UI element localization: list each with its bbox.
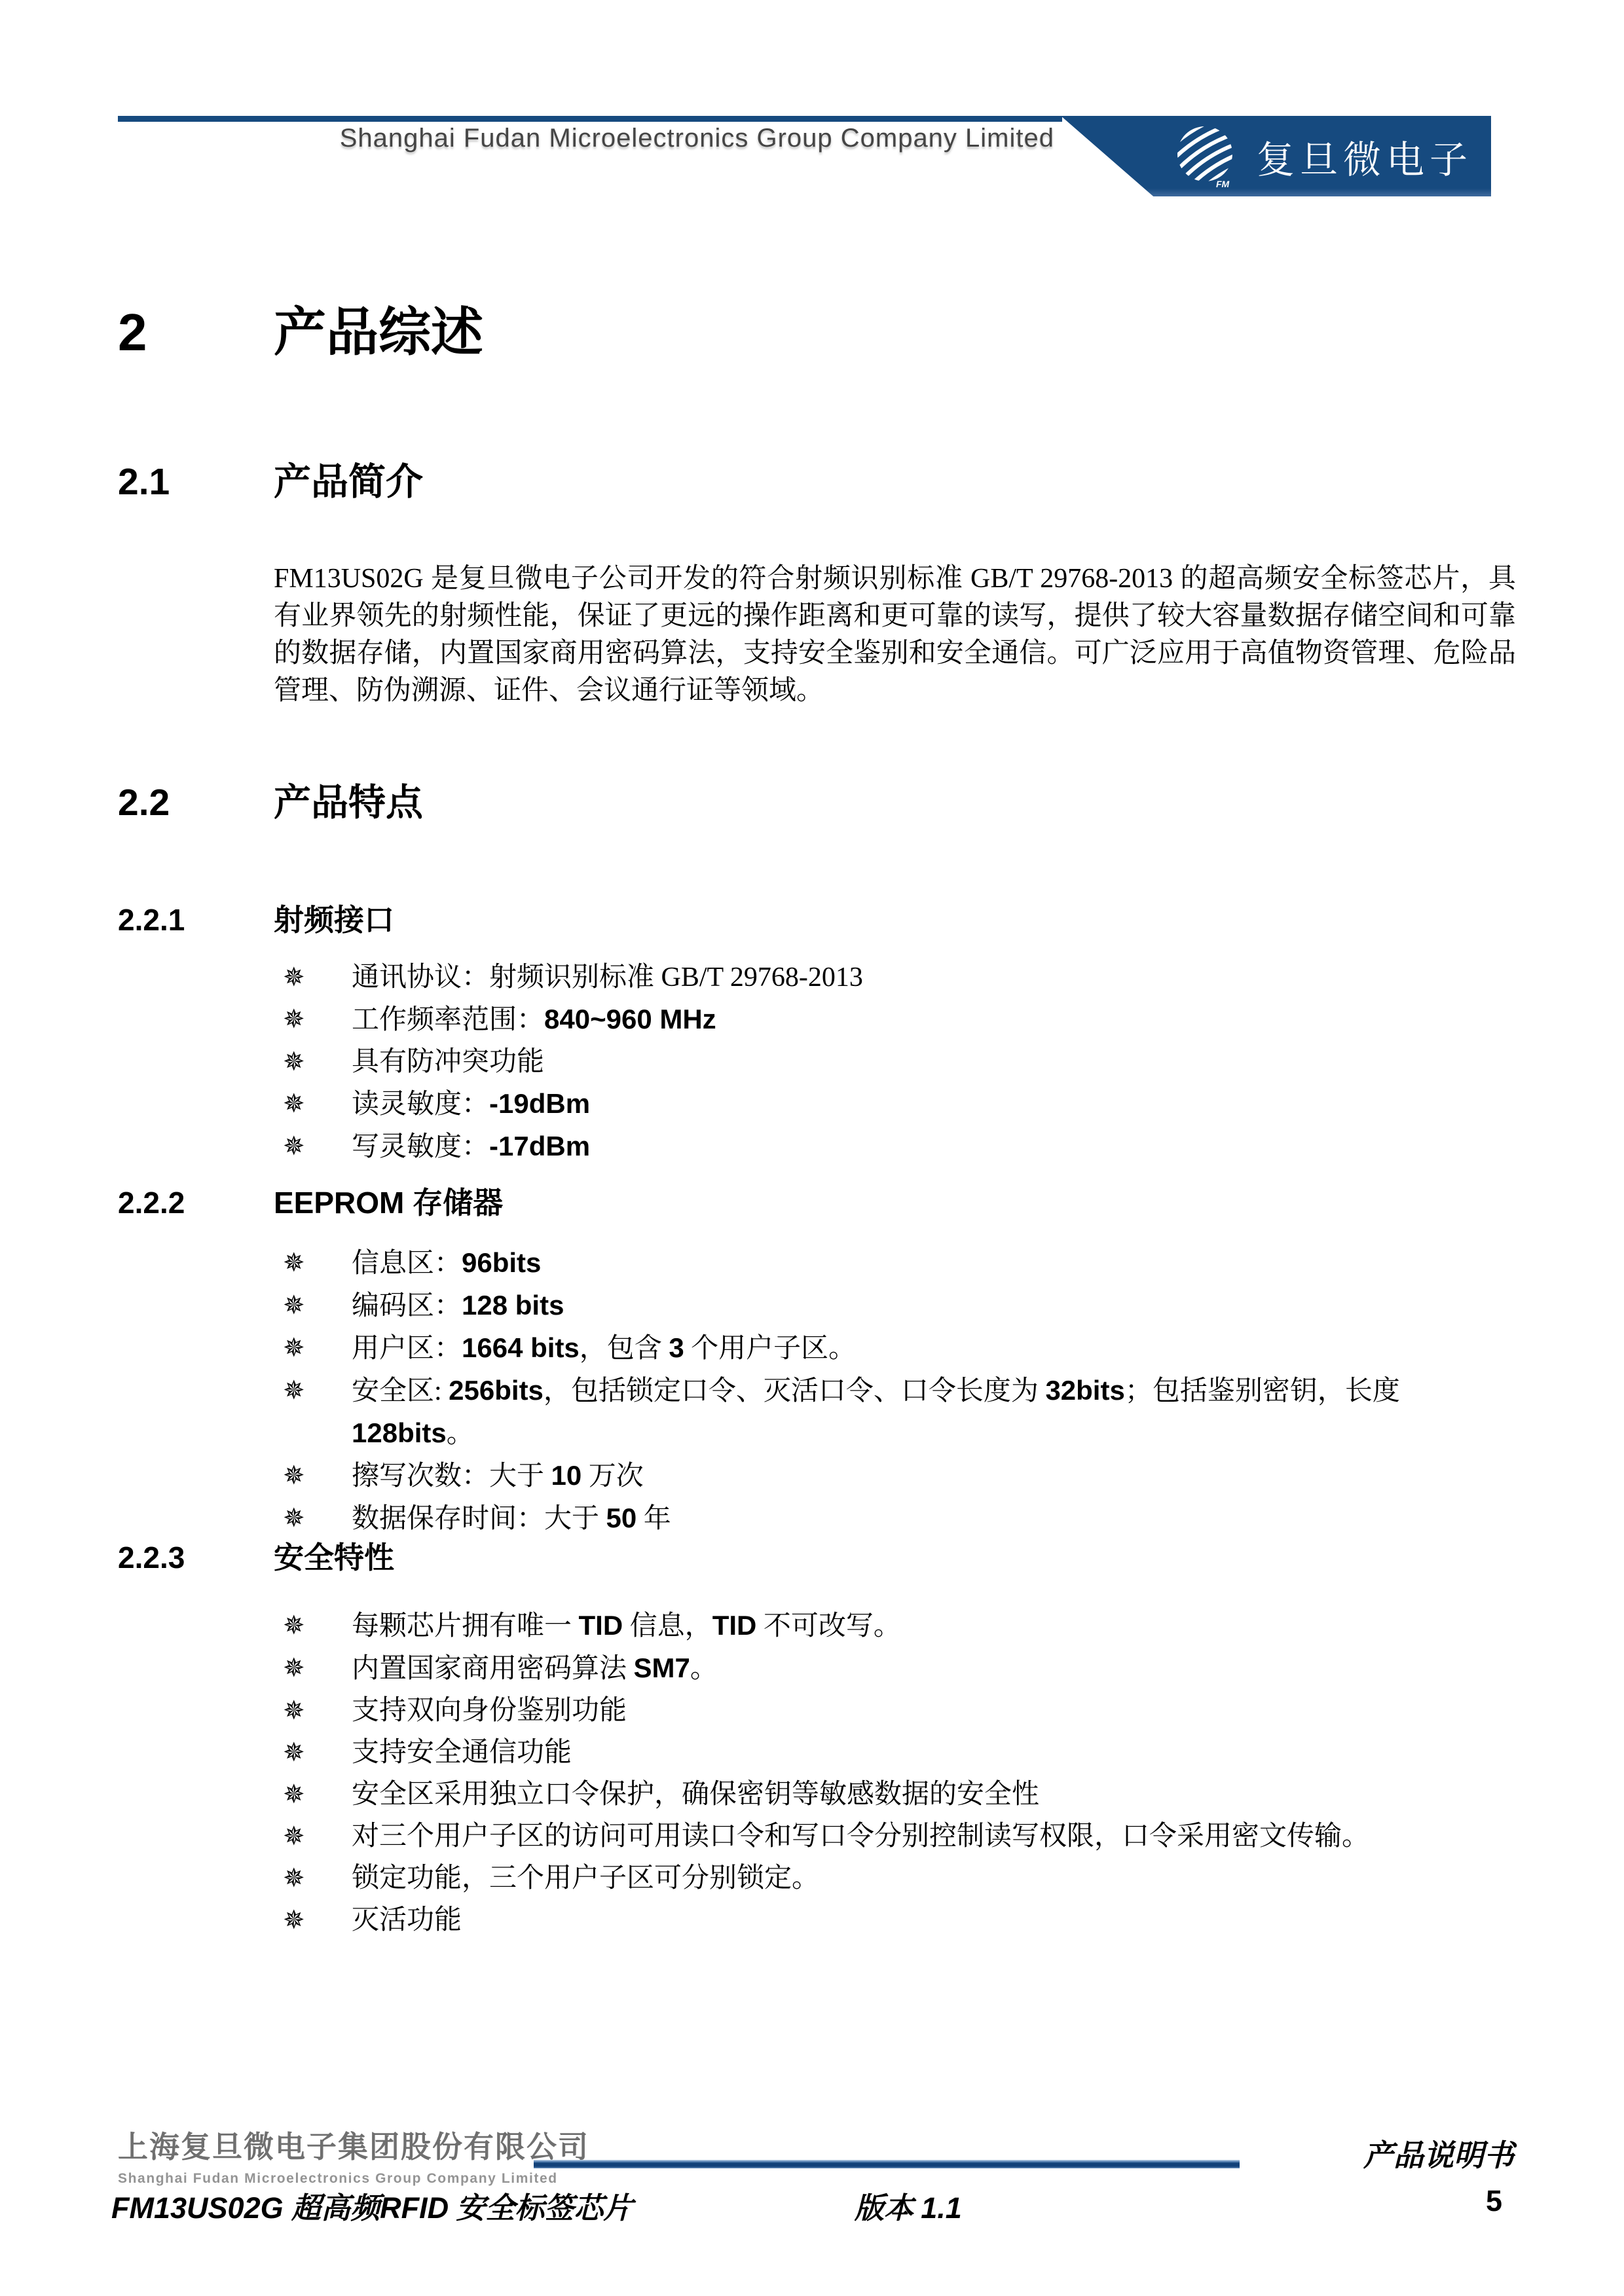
section-heading-2-2: 2.2 产品特点 [118, 710, 1515, 825]
text-segment: 96bits [462, 1247, 541, 1278]
list-item: ✵安全区采用独立口令保护，确保密钥等敏感数据的安全性 [118, 1774, 1515, 1815]
heading-number: 2.1 [118, 460, 274, 504]
heading-title: 安全特性 [274, 1540, 394, 1576]
text-segment: 1664 bits [462, 1332, 580, 1363]
heading-title: 产品简介 [274, 460, 423, 504]
text-segment: 支持双向身份鉴别功能 [352, 1696, 627, 1726]
list-item-text: 锁定功能，三个用户子区可分别锁定。 [352, 1857, 1515, 1899]
heading-title: 产品特点 [274, 780, 423, 825]
list-item: ✵安全区: 256bits，包括锁定口令、灭活口令、口令长度为 32bits；包… [118, 1370, 1515, 1455]
list-item: ✵对三个用户子区的访问可用读口令和写口令分别控制读写权限，口令采用密文传输。 [118, 1815, 1515, 1857]
footer-page-number: 5 [1486, 2184, 1502, 2218]
text-segment: 读灵敏度： [352, 1089, 489, 1120]
text-segment: 。 [690, 1654, 718, 1684]
heading-title: 射频接口 [274, 902, 394, 938]
star-bullet-icon: ✵ [283, 998, 352, 1040]
section-heading-2: 2 产品综述 [118, 302, 1515, 363]
list-item-text: 内置国家商用密码算法 SM7。 [352, 1647, 1515, 1690]
list-item: ✵写灵敏度：-17dBm [118, 1125, 1515, 1168]
header-company-name: Shanghai Fudan Microelectronics Group Co… [118, 124, 1054, 153]
list-item: ✵用户区：1664 bits，包含 3 个用户子区。 [118, 1327, 1515, 1370]
text-segment: 具有防冲突功能 [352, 1047, 544, 1077]
text-segment: -19dBm [489, 1088, 590, 1119]
section-heading-2-2-2: 2.2.2 EEPROM 存储器 [118, 1168, 1515, 1221]
star-bullet-icon: ✵ [283, 1285, 352, 1326]
star-bullet-icon: ✵ [283, 1125, 352, 1167]
star-bullet-icon: ✵ [283, 1083, 352, 1125]
fm-logo-block: FM 复旦微电子 [1061, 116, 1491, 196]
text-segment: 超高频 [291, 2192, 380, 2225]
list-item: ✵信息区：96bits [118, 1242, 1515, 1285]
star-bullet-icon: ✵ [283, 1732, 352, 1774]
list-item-text: 对三个用户子区的访问可用读口令和写口令分别控制读写权限，口令采用密文传输。 [352, 1815, 1515, 1857]
text-segment: RFID [380, 2191, 449, 2225]
list-item-text: 数据保存时间：大于 50 年 [352, 1497, 1515, 1540]
heading-number: 2 [118, 302, 274, 363]
text-segment: 年 [637, 1504, 671, 1534]
bullet-list-security: ✵每颗芯片拥有唯一 TID 信息，TID 不可改写。✵内置国家商用密码算法 SM… [118, 1576, 1515, 1941]
text-segment: 支持安全通信功能 [352, 1738, 572, 1768]
text-segment: 256bits [449, 1375, 544, 1406]
star-bullet-icon: ✵ [283, 1647, 352, 1689]
star-bullet-icon: ✵ [283, 1242, 352, 1284]
fm-logo-initials: FM [1216, 179, 1230, 189]
heading-title: 产品综述 [274, 302, 483, 363]
list-item: ✵内置国家商用密码算法 SM7。 [118, 1647, 1515, 1690]
text-segment: FM13US02G [111, 2191, 291, 2225]
text-segment: ，包含 [580, 1334, 669, 1364]
header-divider-line [118, 116, 1062, 122]
star-bullet-icon: ✵ [283, 1690, 352, 1732]
document-content: 2 产品综述 2.1 产品简介 FM13US02G 是复旦微电子公司开发的符合射… [118, 302, 1515, 1941]
text-segment: 用户区： [352, 1334, 462, 1364]
list-item: ✵擦写次数：大于 10 万次 [118, 1455, 1515, 1497]
heading-number: 2.2.2 [118, 1185, 274, 1221]
text-segment: 编码区： [352, 1291, 462, 1321]
footer-divider-line [534, 2160, 1240, 2168]
footer-version: 版本 1.1 [855, 2184, 962, 2227]
text-segment: 个用户子区。 [684, 1334, 857, 1364]
list-item: ✵工作频率范围：840~960 MHz [118, 998, 1515, 1041]
list-item: ✵数据保存时间：大于 50 年 [118, 1497, 1515, 1540]
text-segment: 10 [551, 1460, 582, 1491]
list-item: ✵每颗芯片拥有唯一 TID 信息，TID 不可改写。 [118, 1605, 1515, 1647]
text-segment: 50 [606, 1503, 637, 1533]
star-bullet-icon: ✵ [283, 957, 352, 998]
text-segment: 安全区采用独立口令保护，确保密钥等敏感数据的安全性 [352, 1779, 1039, 1810]
text-segment: 通讯协议：射频识别标准 GB/T 29768-2013 [352, 962, 863, 993]
heading-number: 2.2 [118, 780, 274, 825]
list-item-text: 支持双向身份鉴别功能 [352, 1690, 1515, 1732]
star-bullet-icon: ✵ [283, 1815, 352, 1857]
star-bullet-icon: ✵ [283, 1041, 352, 1083]
list-item-text: 每颗芯片拥有唯一 TID 信息，TID 不可改写。 [352, 1605, 1515, 1647]
text-segment: 。 [447, 1419, 474, 1449]
bullet-list-rf-interface: ✵通讯协议：射频识别标准 GB/T 29768-2013✵工作频率范围：840~… [118, 938, 1515, 1168]
heading-number: 2.2.1 [118, 902, 274, 938]
list-item-text: 灭活功能 [352, 1899, 1515, 1941]
bullet-list-eeprom: ✵信息区：96bits✵编码区：128 bits✵用户区：1664 bits，包… [118, 1221, 1515, 1540]
text-segment: 版本 [855, 2192, 921, 2225]
footer-doc-type: 产品说明书 [1363, 2132, 1514, 2175]
text-segment: 840~960 MHz [544, 1004, 716, 1034]
list-item-text: 安全区: 256bits，包括锁定口令、灭活口令、口令长度为 32bits；包括… [352, 1370, 1515, 1455]
footer-company-name-cn: 上海复旦微电子集团股份有限公司 [118, 2123, 589, 2166]
list-item: ✵支持安全通信功能 [118, 1732, 1515, 1774]
star-bullet-icon: ✵ [283, 1455, 352, 1497]
text-segment: 内置国家商用密码算法 [352, 1654, 634, 1684]
list-item-text: 信息区：96bits [352, 1242, 1515, 1285]
list-item: ✵灭活功能 [118, 1899, 1515, 1941]
list-item-text: 具有防冲突功能 [352, 1041, 1515, 1083]
list-item: ✵支持双向身份鉴别功能 [118, 1690, 1515, 1732]
list-item-text: 支持安全通信功能 [352, 1732, 1515, 1774]
text-segment: 数据保存时间：大于 [352, 1504, 606, 1534]
star-bullet-icon: ✵ [283, 1774, 352, 1815]
section-heading-2-1: 2.1 产品简介 [118, 363, 1515, 504]
text-segment: 灭活功能 [352, 1905, 462, 1935]
list-item-text: 安全区采用独立口令保护，确保密钥等敏感数据的安全性 [352, 1774, 1515, 1815]
text-segment: 128 bits [462, 1290, 564, 1321]
list-item: ✵编码区：128 bits [118, 1285, 1515, 1327]
text-segment: ，包括锁定口令、灭活口令、口令长度为 [544, 1376, 1046, 1406]
text-segment: 32bits [1045, 1375, 1124, 1406]
list-item: ✵锁定功能，三个用户子区可分别锁定。 [118, 1857, 1515, 1899]
text-segment: 工作频率范围： [352, 1005, 544, 1035]
list-item: ✵通讯协议：射频识别标准 GB/T 29768-2013 [118, 957, 1515, 998]
list-item-text: 写灵敏度：-17dBm [352, 1125, 1515, 1168]
footer-bottom-row: FM13US02G 超高频RFID 安全标签芯片 版本 1.1 5 [111, 2184, 1624, 2221]
list-item-text: 读灵敏度：-19dBm [352, 1083, 1515, 1125]
intro-paragraph: FM13US02G 是复旦微电子公司开发的符合射频识别标准 GB/T 29768… [274, 504, 1516, 710]
list-item-text: 用户区：1664 bits，包含 3 个用户子区。 [352, 1327, 1515, 1370]
text-segment: 锁定功能，三个用户子区可分别锁定。 [352, 1863, 819, 1893]
text-segment: 擦写次数：大于 [352, 1461, 551, 1491]
document-page: Shanghai Fudan Microelectronics Group Co… [0, 0, 1624, 2296]
section-heading-2-2-3: 2.2.3 安全特性 [118, 1540, 1515, 1576]
fm-globe-icon: FM [1174, 124, 1240, 189]
list-item: ✵具有防冲突功能 [118, 1041, 1515, 1083]
text-segment: SM7 [634, 1652, 690, 1683]
text-segment: TID [712, 1610, 757, 1641]
star-bullet-icon: ✵ [283, 1605, 352, 1647]
text-segment: 写灵敏度： [352, 1132, 489, 1162]
text-segment: ；包括鉴别密钥，长度 [1125, 1376, 1400, 1406]
footer-product-name: FM13US02G 超高频RFID 安全标签芯片 [111, 2184, 633, 2227]
star-bullet-icon: ✵ [283, 1370, 352, 1412]
star-bullet-icon: ✵ [283, 1857, 352, 1899]
star-bullet-icon: ✵ [283, 1497, 352, 1539]
text-segment: 万次 [581, 1461, 644, 1491]
text-segment: 信息， [623, 1611, 712, 1641]
text-segment: 1.1 [921, 2191, 962, 2225]
text-segment: 安全区: [352, 1376, 449, 1406]
text-segment: -17dBm [489, 1131, 590, 1161]
text-segment: 对三个用户子区的访问可用读口令和写口令分别控制读写权限，口令采用密文传输。 [352, 1821, 1369, 1851]
text-segment: 128bits [352, 1417, 447, 1448]
heading-title: EEPROM 存储器 [274, 1185, 503, 1221]
text-segment: 安全标签芯片 [449, 2192, 633, 2225]
star-bullet-icon: ✵ [283, 1327, 352, 1369]
heading-number: 2.2.3 [118, 1540, 274, 1576]
list-item-text: 擦写次数：大于 10 万次 [352, 1455, 1515, 1497]
text-segment: 每颗芯片拥有唯一 [352, 1611, 579, 1641]
star-bullet-icon: ✵ [283, 1899, 352, 1941]
text-segment: 3 [669, 1332, 684, 1363]
text-segment: 不可改写。 [756, 1611, 901, 1641]
list-item-text: 工作频率范围：840~960 MHz [352, 998, 1515, 1041]
section-heading-2-2-1: 2.2.1 射频接口 [118, 825, 1515, 938]
footer-company-block: 上海复旦微电子集团股份有限公司 Shanghai Fudan Microelec… [118, 2123, 589, 2187]
text-segment: 信息区： [352, 1248, 462, 1279]
list-item-text: 通讯协议：射频识别标准 GB/T 29768-2013 [352, 957, 1515, 998]
list-item: ✵读灵敏度：-19dBm [118, 1083, 1515, 1125]
fm-logo-wordmark: 复旦微电子 [1257, 129, 1473, 184]
list-item-text: 编码区：128 bits [352, 1285, 1515, 1327]
text-segment: TID [579, 1610, 623, 1641]
